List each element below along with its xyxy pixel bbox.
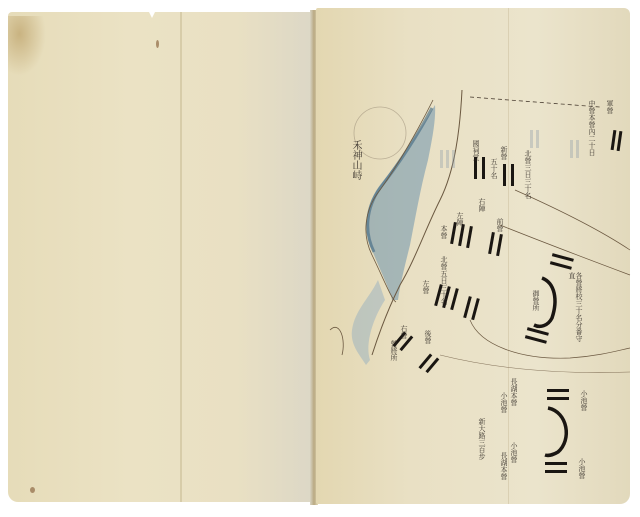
bottom-note-3b: 長湖本營 [500, 452, 507, 480]
lower-left-note: 營將所 [390, 340, 397, 361]
map-drawing [0, 0, 640, 517]
post-label-a: 右陣 [478, 198, 485, 212]
bottom-command-symbol [545, 389, 569, 473]
garrison-2-label: 新營 [500, 146, 507, 160]
post-label-d: 前營 [496, 218, 503, 232]
bottom-right-a: 小池營 [580, 390, 587, 411]
bottom-note-1b: 小池營 [500, 392, 507, 413]
seal-circle [354, 107, 406, 159]
mid-note: 北營五日三十名 [440, 256, 447, 316]
top-right-note: 中營本營內二十日 [588, 100, 595, 170]
bottom-right-b: 小池營 [578, 458, 585, 479]
command-note: 各營將校三十名分番守直 [568, 272, 582, 342]
post-label-c: 本營 [440, 225, 447, 239]
dashed-boundary [470, 97, 600, 107]
garrison-1-sub: 五十名 [490, 158, 497, 179]
post-label-b: 左陣 [456, 212, 463, 226]
water-area-lower [352, 280, 385, 365]
top-right-label: 軍營 [606, 100, 613, 114]
mountain-label: 禾神山峙 [350, 140, 360, 180]
water-area [366, 105, 435, 300]
bottom-note-2: 新大路三百步 [478, 418, 485, 478]
command-label: 御營所 [532, 290, 539, 311]
lower-left-label-a: 右營 [400, 325, 407, 339]
garrison-1-label: 國祠堂 [472, 140, 479, 161]
bottom-note-3: 小池營 [510, 442, 517, 463]
lower-left-label-b: 後營 [424, 330, 431, 344]
mid-left-label: 左營 [422, 280, 429, 294]
book-spread: 禾神山峙 中營本營內二十日 軍營 國祠堂 五十名 新營 北營三日三十名 右陣 左… [0, 0, 640, 517]
bottom-note-1: 長湖本營 [510, 378, 517, 406]
garrison-2-note: 北營三日三十名 [524, 150, 531, 200]
